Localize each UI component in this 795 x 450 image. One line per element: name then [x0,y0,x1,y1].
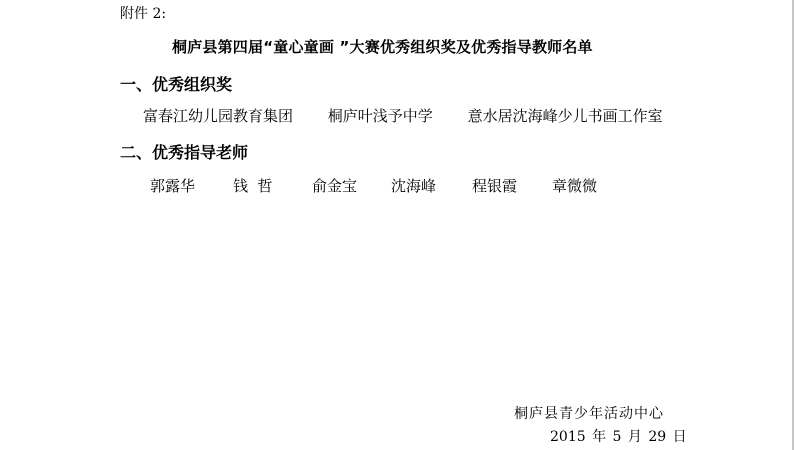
section-heading-organization-award: 一、优秀组织奖 [120,72,232,95]
list-item: 俞金宝 [312,175,357,196]
list-item: 郭露华 [150,175,195,196]
organization-award-list: 富春江幼儿园教育集团 桐庐叶浅予中学 意水居沈海峰少儿书画工作室 [143,105,693,126]
list-item: 章微微 [552,175,597,196]
document-page: 附件 2: 桐庐县第四届“童心童画 ”大赛优秀组织奖及优秀指导教师名单 一、优秀… [0,0,792,450]
list-item: 沈海峰 [391,175,436,196]
list-item: 意水居沈海峰少儿书画工作室 [468,107,663,125]
document-title: 桐庐县第四届“童心童画 ”大赛优秀组织奖及优秀指导教师名单 [172,36,593,57]
page-edge-divider [792,0,794,450]
attachment-label: 附件 2: [120,3,166,23]
signature-organization: 桐庐县青少年活动中心 [514,403,664,423]
list-item: 富春江幼儿园教育集团 [143,107,293,125]
list-item: 桐庐叶浅予中学 [328,107,433,125]
list-item: 程银霞 [472,175,517,196]
section-heading-instructors: 二、优秀指导老师 [120,140,248,163]
list-item: 钱 哲 [233,175,273,196]
signature-date: 2015 年 5 月 29 日 [550,426,687,446]
